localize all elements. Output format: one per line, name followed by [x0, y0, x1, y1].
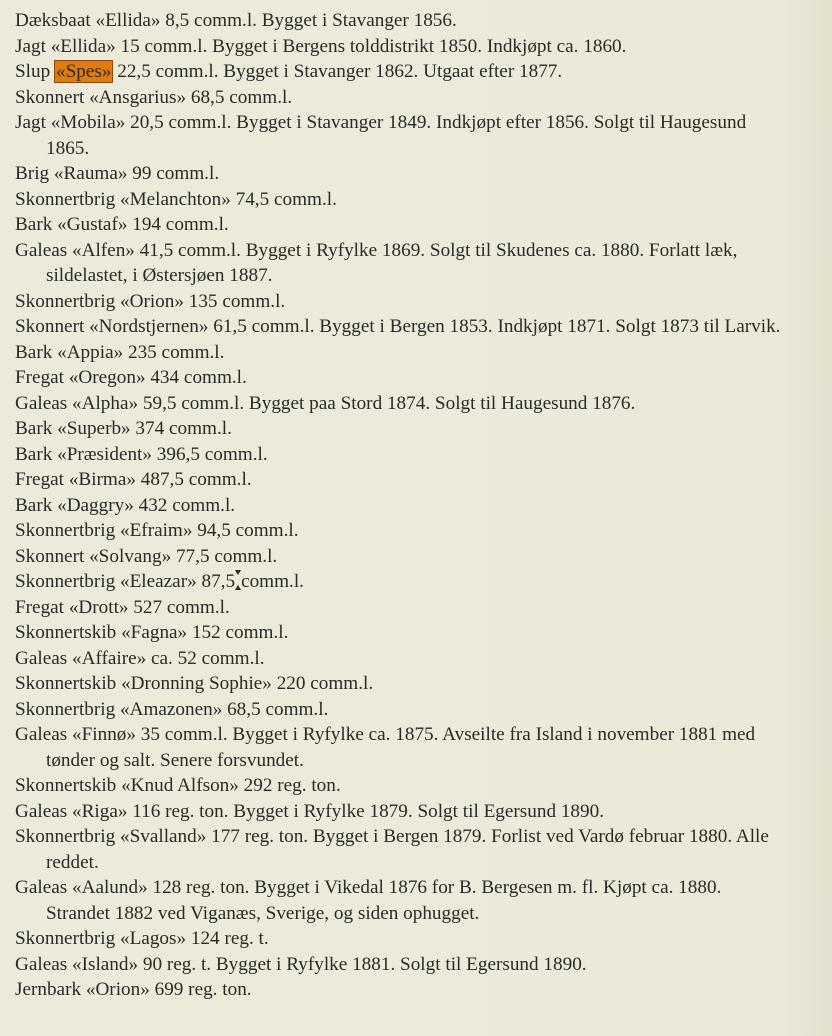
ship-entry[interactable]: Bark «Præsident» 396,5 comm.l. [15, 442, 785, 468]
entry-text: Galeas «Riga» 116 reg. ton. Bygget i Ryf… [15, 801, 604, 822]
ship-entry[interactable]: Jagt «Ellida» 15 comm.l. Bygget i Bergen… [15, 34, 785, 60]
entry-text: Skonnertbrig «Orion» 135 comm.l. [15, 291, 285, 312]
ship-entry[interactable]: Bark «Superb» 374 comm.l. [15, 416, 785, 442]
text-cursor-icon [236, 571, 240, 589]
entry-text: Bark «Daggry» 432 comm.l. [15, 495, 235, 516]
entry-text: Jagt «Ellida» 15 comm.l. Bygget i Bergen… [15, 36, 626, 57]
ship-entry[interactable]: Skonnertbrig «Eleazar» 87,5comm.l. [15, 569, 785, 595]
entry-text: Brig «Rauma» 99 comm.l. [15, 163, 219, 184]
entry-text: Galeas «Affaire» ca. 52 comm.l. [15, 648, 265, 669]
entry-text: Bark «Superb» 374 comm.l. [15, 418, 232, 439]
entry-text: Skonnertbrig «Amazonen» 68,5 comm.l. [15, 699, 328, 720]
entry-text: Bark «Gustaf» 194 comm.l. [15, 214, 229, 235]
entry-text: Jagt «Mobila» 20,5 comm.l. Bygget i Stav… [15, 112, 746, 159]
entry-text: Skonnertskib «Dronning Sophie» 220 comm.… [15, 673, 373, 694]
ship-entry[interactable]: Bark «Gustaf» 194 comm.l. [15, 212, 785, 238]
ship-entry[interactable]: Dæksbaat «Ellida» 8,5 comm.l. Bygget i S… [15, 8, 785, 34]
entry-text: Galeas «Finnø» 35 comm.l. Bygget i Ryfyl… [15, 724, 755, 771]
ship-entry[interactable]: Galeas «Riga» 116 reg. ton. Bygget i Ryf… [15, 799, 785, 825]
entry-text: Jernbark «Orion» 699 reg. ton. [15, 979, 252, 1000]
entry-text: Dæksbaat «Ellida» 8,5 comm.l. Bygget i S… [15, 10, 457, 31]
entry-text: Skonnertskib «Knud Alfson» 292 reg. ton. [15, 775, 341, 796]
ship-entry[interactable]: Skonnert «Ansgarius» 68,5 comm.l. [15, 85, 785, 111]
entry-text: Bark «Præsident» 396,5 comm.l. [15, 444, 268, 465]
ship-entry[interactable]: Skonnert «Nordstjernen» 61,5 comm.l. Byg… [15, 314, 785, 340]
entry-text: Skonnertbrig «Eleazar» 87,5 [15, 571, 235, 592]
ship-entry[interactable]: Skonnertbrig «Melanchton» 74,5 comm.l. [15, 187, 785, 213]
entry-text: Galeas «Island» 90 reg. t. Bygget i Ryfy… [15, 954, 587, 975]
entry-text: Skonnertskib «Fagna» 152 comm.l. [15, 622, 288, 643]
ship-entry[interactable]: Skonnert «Solvang» 77,5 comm.l. [15, 544, 785, 570]
ship-entry[interactable]: Skonnertbrig «Orion» 135 comm.l. [15, 289, 785, 315]
entry-text: Skonnert «Solvang» 77,5 comm.l. [15, 546, 277, 567]
ship-entry[interactable]: Brig «Rauma» 99 comm.l. [15, 161, 785, 187]
ship-entry[interactable]: Galeas «Affaire» ca. 52 comm.l. [15, 646, 785, 672]
ship-entry[interactable]: Skonnertbrig «Efraim» 94,5 comm.l. [15, 518, 785, 544]
ship-entry[interactable]: Slup «Spes» 22,5 comm.l. Bygget i Stavan… [15, 59, 785, 85]
ship-entry[interactable]: Skonnertskib «Dronning Sophie» 220 comm.… [15, 671, 785, 697]
ship-entry[interactable]: Fregat «Drott» 527 comm.l. [15, 595, 785, 621]
ship-entry[interactable]: Galeas «Finnø» 35 comm.l. Bygget i Ryfyl… [15, 722, 785, 773]
ship-entry[interactable]: Bark «Daggry» 432 comm.l. [15, 493, 785, 519]
ship-entry[interactable]: Galeas «Island» 90 reg. t. Bygget i Ryfy… [15, 952, 785, 978]
entry-text: Fregat «Oregon» 434 comm.l. [15, 367, 247, 388]
ship-entry[interactable]: Fregat «Oregon» 434 comm.l. [15, 365, 785, 391]
ship-entry[interactable]: Skonnertbrig «Svalland» 177 reg. ton. By… [15, 824, 785, 875]
entry-text: Fregat «Drott» 527 comm.l. [15, 597, 230, 618]
entry-text: Galeas «Alpha» 59,5 comm.l. Bygget paa S… [15, 393, 635, 414]
entry-text: Skonnertbrig «Melanchton» 74,5 comm.l. [15, 189, 337, 210]
entry-text: Skonnertbrig «Efraim» 94,5 comm.l. [15, 520, 299, 541]
ship-entry[interactable]: Jernbark «Orion» 699 reg. ton. [15, 977, 785, 1003]
ship-entry[interactable]: Galeas «Alfen» 41,5 comm.l. Bygget i Ryf… [15, 238, 785, 289]
ship-entry[interactable]: Skonnertbrig «Amazonen» 68,5 comm.l. [15, 697, 785, 723]
entry-text: Skonnertbrig «Lagos» 124 reg. t. [15, 928, 269, 949]
ship-entry[interactable]: Skonnertskib «Fagna» 152 comm.l. [15, 620, 785, 646]
ship-entry[interactable]: Galeas «Alpha» 59,5 comm.l. Bygget paa S… [15, 391, 785, 417]
entry-text: Galeas «Alfen» 41,5 comm.l. Bygget i Ryf… [15, 240, 737, 287]
search-highlight[interactable]: «Spes» [55, 61, 112, 82]
entry-text: Galeas «Aalund» 128 reg. ton. Bygget i V… [15, 877, 721, 924]
ship-list[interactable]: Dæksbaat «Ellida» 8,5 comm.l. Bygget i S… [15, 8, 785, 1003]
ship-entry[interactable]: Jagt «Mobila» 20,5 comm.l. Bygget i Stav… [15, 110, 785, 161]
ship-entry[interactable]: Bark «Appia» 235 comm.l. [15, 340, 785, 366]
ship-entry[interactable]: Skonnertskib «Knud Alfson» 292 reg. ton. [15, 773, 785, 799]
entry-text: Skonnert «Ansgarius» 68,5 comm.l. [15, 87, 292, 108]
document-page: Dæksbaat «Ellida» 8,5 comm.l. Bygget i S… [0, 0, 832, 1036]
entry-text: Fregat «Birma» 487,5 comm.l. [15, 469, 252, 490]
entry-text: comm.l. [241, 571, 304, 592]
entry-text: 22,5 comm.l. Bygget i Stavanger 1862. Ut… [112, 61, 562, 82]
ship-entry[interactable]: Fregat «Birma» 487,5 comm.l. [15, 467, 785, 493]
ship-entry[interactable]: Galeas «Aalund» 128 reg. ton. Bygget i V… [15, 875, 785, 926]
entry-text: Skonnert «Nordstjernen» 61,5 comm.l. Byg… [15, 316, 780, 337]
entry-text: Slup [15, 61, 55, 82]
ship-entry[interactable]: Skonnertbrig «Lagos» 124 reg. t. [15, 926, 785, 952]
entry-text: Bark «Appia» 235 comm.l. [15, 342, 224, 363]
entry-text: Skonnertbrig «Svalland» 177 reg. ton. By… [15, 826, 769, 873]
